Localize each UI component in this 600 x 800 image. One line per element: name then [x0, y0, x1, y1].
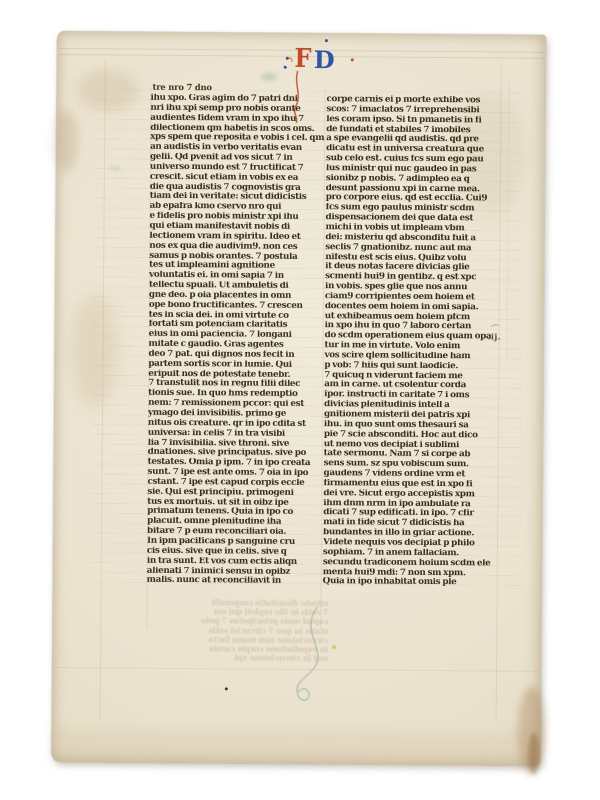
pigment-smudge: [261, 73, 278, 81]
showthrough-flourish: [285, 605, 334, 709]
text-column-right: corpe carnis ei p morte exhibe vosscos: …: [323, 95, 503, 589]
text-line: malis. nunc at reconciliavit in: [147, 576, 323, 587]
text-column-left: ihu xpo. Gras agim do 7 patri dninri ihu…: [147, 94, 327, 588]
ink-fleck: [225, 687, 228, 690]
text-line: Quia in ipo inhabitat omis ple: [323, 577, 499, 588]
chapter-numeral: .ij.: [488, 331, 502, 341]
manuscript-leaf: F D tre nro 7 dno ihu xpo. Gras agim do …: [51, 31, 546, 766]
photo-backdrop: F D tre nro 7 dno ihu xpo. Gras agim do …: [0, 0, 600, 800]
penwork-dot: [325, 39, 328, 42]
parchment-stain: [517, 687, 546, 775]
parchment-stain: [54, 109, 79, 173]
parchment-stain: [51, 729, 540, 765]
parchment-stain: [528, 733, 539, 775]
header-catchline: tre nro 7 dno: [153, 82, 212, 92]
